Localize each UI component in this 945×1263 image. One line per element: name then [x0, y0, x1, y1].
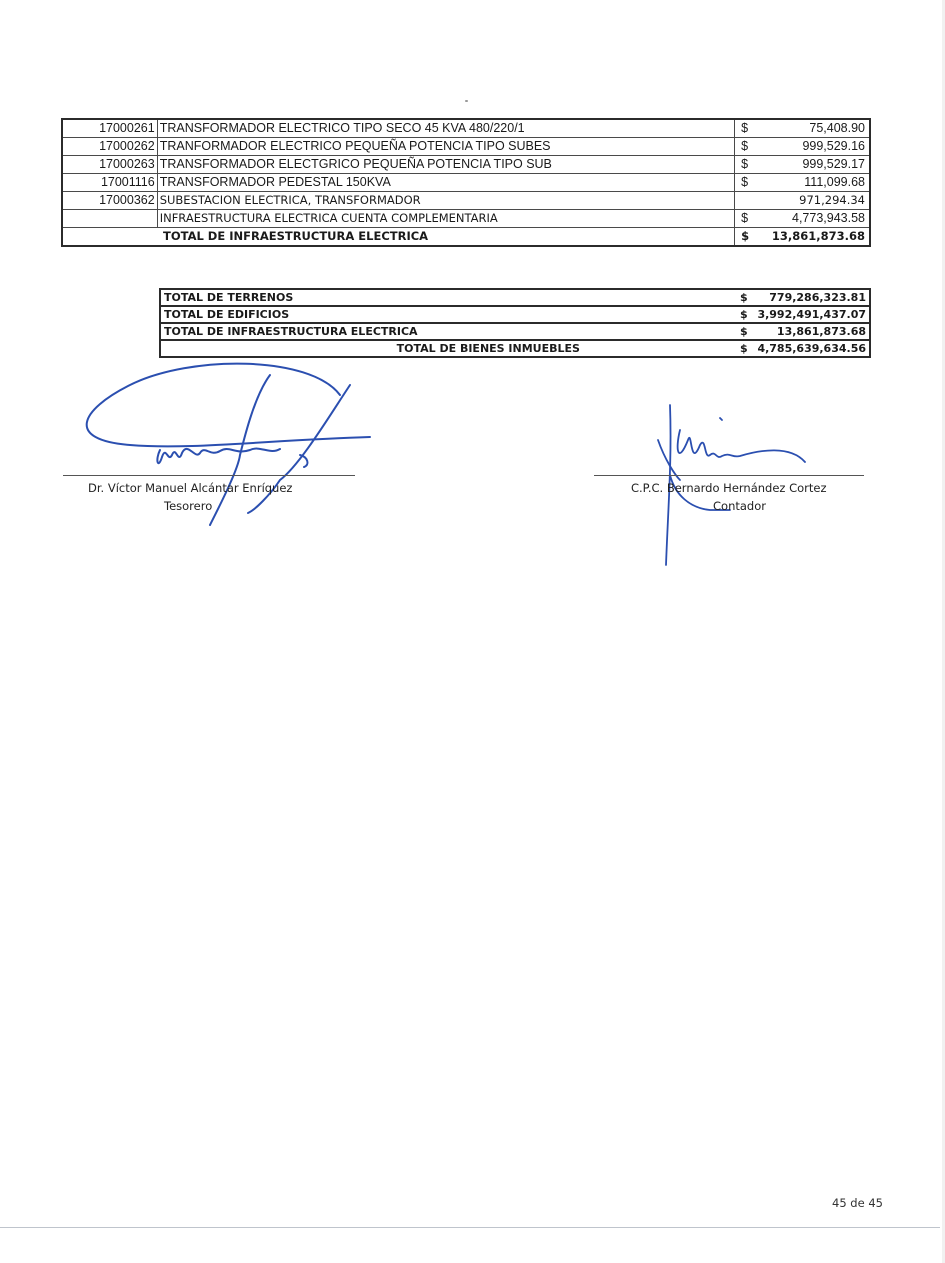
asset-description: SUBESTACION ELECTRICA, TRANSFORMADOR	[157, 192, 734, 210]
signer-right-title: Contador	[713, 499, 766, 513]
signature-left-icon	[70, 345, 390, 525]
currency-symbol: $	[740, 289, 754, 306]
asset-description: TRANSFORMADOR ELECTRICO TIPO SECO 45 KVA…	[157, 119, 734, 138]
table-row: 17000362SUBESTACION ELECTRICA, TRANSFORM…	[62, 192, 870, 210]
asset-amount: 75,408.90	[761, 119, 870, 138]
summary-amount: 3,992,491,437.07	[754, 306, 870, 323]
currency-symbol	[735, 192, 761, 210]
currency-symbol: $	[735, 156, 761, 174]
currency-symbol: $	[740, 340, 754, 357]
page-number: 45 de 45	[832, 1196, 883, 1210]
currency-symbol: $	[735, 228, 761, 247]
total-row: TOTAL DE INFRAESTRUCTURA ELECTRICA$13,86…	[62, 228, 870, 247]
asset-code: 17000262	[62, 138, 157, 156]
asset-code: 17000263	[62, 156, 157, 174]
total-label: TOTAL DE INFRAESTRUCTURA ELECTRICA	[62, 228, 735, 247]
asset-description: INFRAESTRUCTURA ELECTRICA CUENTA COMPLEM…	[157, 210, 734, 228]
asset-amount: 4,773,943.58	[761, 210, 870, 228]
signature-line-left	[63, 475, 355, 476]
table-row: 17000262TRANFORMADOR ELECTRICO PEQUEÑA P…	[62, 138, 870, 156]
summary-row: TOTAL DE EDIFICIOS$3,992,491,437.07	[160, 306, 870, 323]
signature-line-right	[594, 475, 864, 476]
asset-code: 17000261	[62, 119, 157, 138]
asset-amount: 999,529.17	[761, 156, 870, 174]
table-row: 17000263TRANSFORMADOR ELECTGRICO PEQUEÑA…	[62, 156, 870, 174]
asset-code: 17001116	[62, 174, 157, 192]
total-amount: 13,861,873.68	[761, 228, 870, 247]
footer-divider	[0, 1227, 940, 1228]
asset-code: 17000362	[62, 192, 157, 210]
summary-row: TOTAL DE INFRAESTRUCTURA ELECTRICA$13,86…	[160, 323, 870, 340]
summary-label: TOTAL DE TERRENOS	[160, 289, 740, 306]
asset-amount: 971,294.34	[761, 192, 870, 210]
currency-symbol: $	[735, 174, 761, 192]
asset-description: TRANFORMADOR ELECTRICO PEQUEÑA POTENCIA …	[157, 138, 734, 156]
signer-left-name: Dr. Víctor Manuel Alcántar Enríquez	[88, 481, 292, 495]
currency-symbol: $	[735, 210, 761, 228]
currency-symbol: $	[740, 306, 754, 323]
scan-speck	[465, 100, 468, 102]
summary-label: TOTAL DE INFRAESTRUCTURA ELECTRICA	[160, 323, 740, 340]
summary-amount: 4,785,639,634.56	[754, 340, 870, 357]
currency-symbol: $	[740, 323, 754, 340]
summary-amount: 779,286,323.81	[754, 289, 870, 306]
table-row: INFRAESTRUCTURA ELECTRICA CUENTA COMPLEM…	[62, 210, 870, 228]
signer-left-title: Tesorero	[164, 499, 212, 513]
summary-amount: 13,861,873.68	[754, 323, 870, 340]
asset-code	[62, 210, 157, 228]
asset-amount: 999,529.16	[761, 138, 870, 156]
signer-right-name: C.P.C. Bernardo Hernández Cortez	[631, 481, 827, 495]
summary-label: TOTAL DE EDIFICIOS	[160, 306, 740, 323]
currency-symbol: $	[735, 119, 761, 138]
asset-amount: 111,099.68	[761, 174, 870, 192]
table-row: 17000261TRANSFORMADOR ELECTRICO TIPO SEC…	[62, 119, 870, 138]
asset-description: TRANSFORMADOR PEDESTAL 150KVA	[157, 174, 734, 192]
table-row: 17001116TRANSFORMADOR PEDESTAL 150KVA$11…	[62, 174, 870, 192]
asset-description: TRANSFORMADOR ELECTGRICO PEQUEÑA POTENCI…	[157, 156, 734, 174]
electrical-infrastructure-table: 17000261TRANSFORMADOR ELECTRICO TIPO SEC…	[61, 118, 871, 247]
currency-symbol: $	[735, 138, 761, 156]
summary-row: TOTAL DE TERRENOS$779,286,323.81	[160, 289, 870, 306]
